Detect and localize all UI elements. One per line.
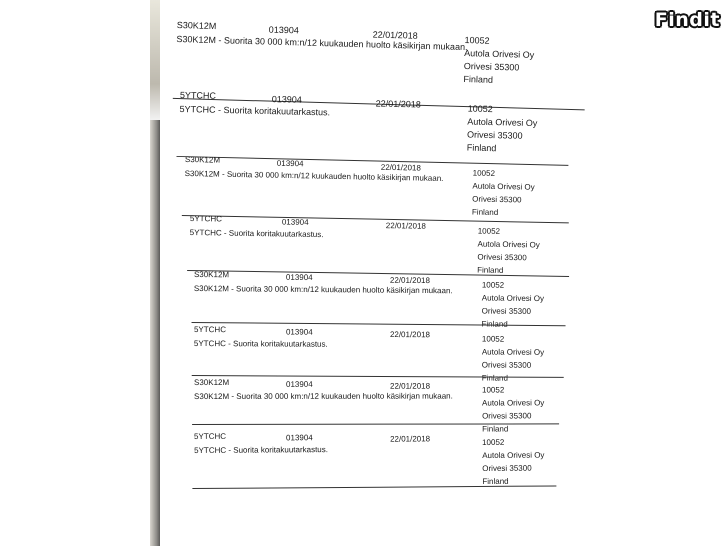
dealer-name: Autola Orivesi Oy (482, 449, 544, 462)
service-code: S30K12M (194, 270, 229, 280)
service-record: S30K12M01390422/01/2018S30K12M - Suorita… (177, 20, 587, 31)
service-date: 22/01/2018 (390, 330, 430, 340)
dealer-info: 10052Autola Orivesi OyOrivesi 35300Finla… (463, 34, 534, 88)
service-date: 22/01/2018 (376, 98, 421, 110)
dealer-name: Autola Orivesi Oy (482, 292, 544, 306)
dealer-country: Finland (463, 73, 533, 88)
service-code: S30K12M (185, 155, 220, 166)
dealer-country: Finland (472, 206, 534, 220)
service-history-page: S30K12M01390422/01/2018S30K12M - Suorita… (160, 0, 580, 546)
record-number: 013904 (286, 433, 313, 443)
service-code: 5YTCHC (180, 90, 216, 102)
record-number: 013904 (286, 327, 313, 337)
record-number: 013904 (277, 159, 304, 170)
service-description: S30K12M - Suorita 30 000 km:n/12 kuukaud… (194, 284, 453, 296)
dealer-name: Autola Orivesi Oy (477, 238, 539, 252)
service-date: 22/01/2018 (390, 276, 430, 286)
dealer-id: 10052 (482, 279, 544, 293)
service-code: S30K12M (177, 20, 217, 32)
record-number: 013904 (286, 380, 313, 390)
dealer-info: 10052Autola Orivesi OyOrivesi 35300Finla… (477, 225, 540, 278)
dealer-info: 10052Autola Orivesi OyOrivesi 35300Finla… (481, 279, 544, 332)
dealer-city: Orivesi 35300 (477, 251, 539, 265)
service-code: 5YTCHC (190, 214, 222, 225)
dealer-city: Orivesi 35300 (482, 359, 544, 372)
record-number: 013904 (286, 273, 313, 283)
service-description: 5YTCHC - Suorita koritakuutarkastus. (194, 445, 328, 456)
dealer-info: 10052Autola Orivesi OyOrivesi 35300Finla… (482, 436, 545, 488)
dealer-country: Finland (467, 142, 537, 157)
service-description: S30K12M - Suorita 30 000 km:n/12 kuukaud… (176, 34, 467, 53)
service-date: 22/01/2018 (386, 221, 426, 232)
dealer-id: 10052 (482, 383, 544, 396)
service-code: S30K12M (194, 378, 229, 388)
service-date: 22/01/2018 (390, 382, 430, 392)
service-code: 5YTCHC (194, 325, 226, 335)
service-description: 5YTCHC - Suorita koritakuutarkastus. (194, 339, 328, 350)
dealer-city: Orivesi 35300 (482, 305, 544, 319)
dealer-city: Orivesi 35300 (482, 409, 544, 422)
service-code: 5YTCHC (194, 432, 226, 442)
record-number: 013904 (269, 25, 299, 37)
record-number: 013904 (282, 217, 309, 227)
dealer-id: 10052 (473, 167, 535, 181)
dealer-name: Autola Orivesi Oy (482, 346, 544, 359)
dealer-info: 10052Autola Orivesi OyOrivesi 35300Finla… (467, 103, 538, 157)
dealer-city: Orivesi 35300 (482, 462, 544, 475)
dealer-city: Orivesi 35300 (472, 193, 534, 207)
service-date: 22/01/2018 (390, 434, 430, 444)
dealer-id: 10052 (478, 225, 540, 239)
service-record: 5YTCHC01390422/01/20185YTCHC - Suorita k… (180, 90, 570, 99)
dealer-name: Autola Orivesi Oy (482, 396, 544, 409)
dealer-name: Autola Orivesi Oy (472, 180, 534, 194)
dealer-id: 10052 (482, 436, 544, 449)
record-number: 013904 (272, 94, 302, 106)
dealer-info: 10052Autola Orivesi OyOrivesi 35300Finla… (472, 167, 535, 220)
service-description: 5YTCHC - Suorita koritakuutarkastus. (190, 228, 324, 240)
findit-logo: Findit (655, 9, 720, 31)
service-description: S30K12M - Suorita 30 000 km:n/12 kuukaud… (194, 392, 453, 402)
dealer-info: 10052Autola Orivesi OyOrivesi 35300Finla… (482, 383, 544, 435)
dealer-id: 10052 (482, 333, 544, 346)
record-divider (176, 156, 568, 166)
service-description: 5YTCHC - Suorita koritakuutarkastus. (179, 104, 330, 118)
